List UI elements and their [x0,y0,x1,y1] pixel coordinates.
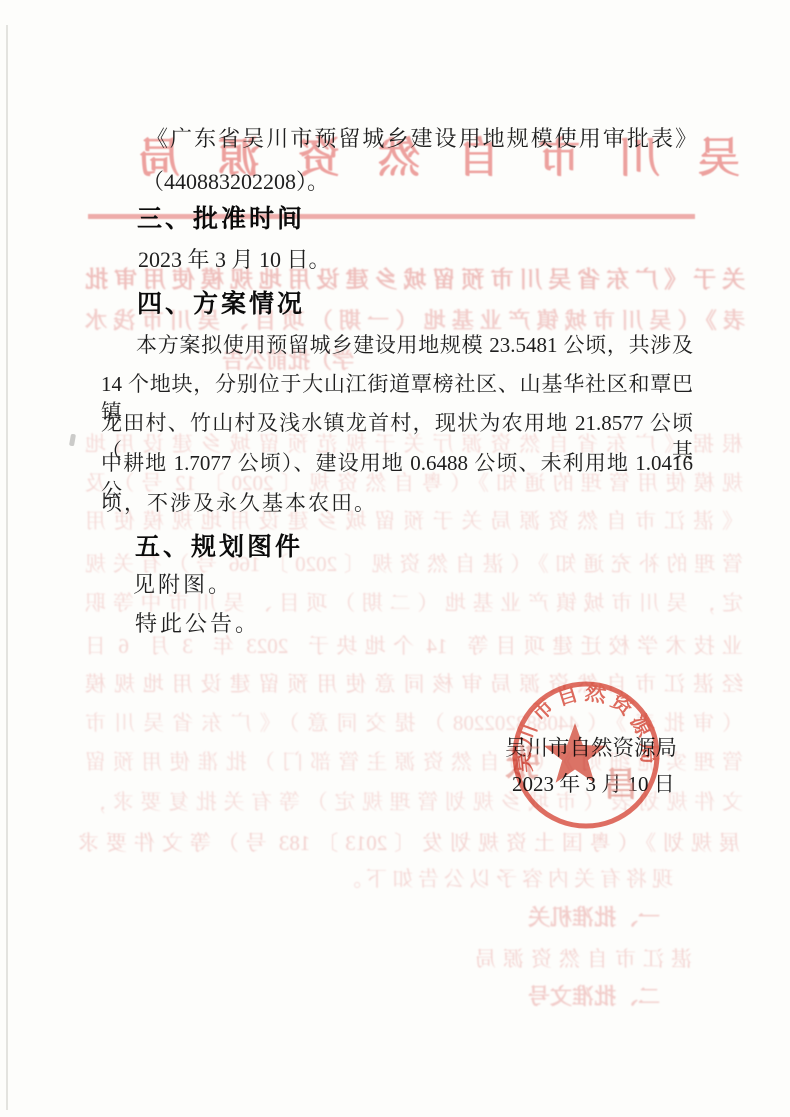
bleedthrough-line: 湛江市自然资源局 [468,946,692,972]
official-seal: 吴川市自然资源局 [503,673,673,843]
seal-star-icon [544,723,607,783]
bleedthrough-line: 一、批准机关 [528,905,660,931]
plan-paragraph-line: 本方案拟使用预留城乡建设用地规模 23.5481 公顷，共涉及 [136,331,693,359]
closing-text: 特此公告。 [135,610,260,638]
ref-title-line-1: 《广东省吴川市预留城乡建设用地规模使用审批表》 [146,125,698,153]
bleedthrough-line: 二、批准文号 [528,984,660,1010]
section-4-heading: 四、方案情况 [137,290,305,318]
section-5-heading: 五、规划图件 [135,533,303,561]
ink-speck [69,434,76,447]
ref-title-line-2: （440883202208）。 [142,168,329,196]
page-edge-line [6,25,8,1110]
approval-date-text: 2023 年 3 月 10 日。 [138,246,331,274]
section-3-heading: 三、批准时间 [137,205,305,233]
document-sheet: 吴川市自然资源局 关于《广东省吴川市预留城乡建设用地规模使用审批 表》（吴川市城… [0,0,790,1117]
bleedthrough-line: 现将有关内容予以公告如下。 [335,866,673,892]
plan-paragraph-line: 顷，不涉及永久基本农田。 [101,489,377,517]
see-attached-text: 见附图。 [133,571,233,599]
